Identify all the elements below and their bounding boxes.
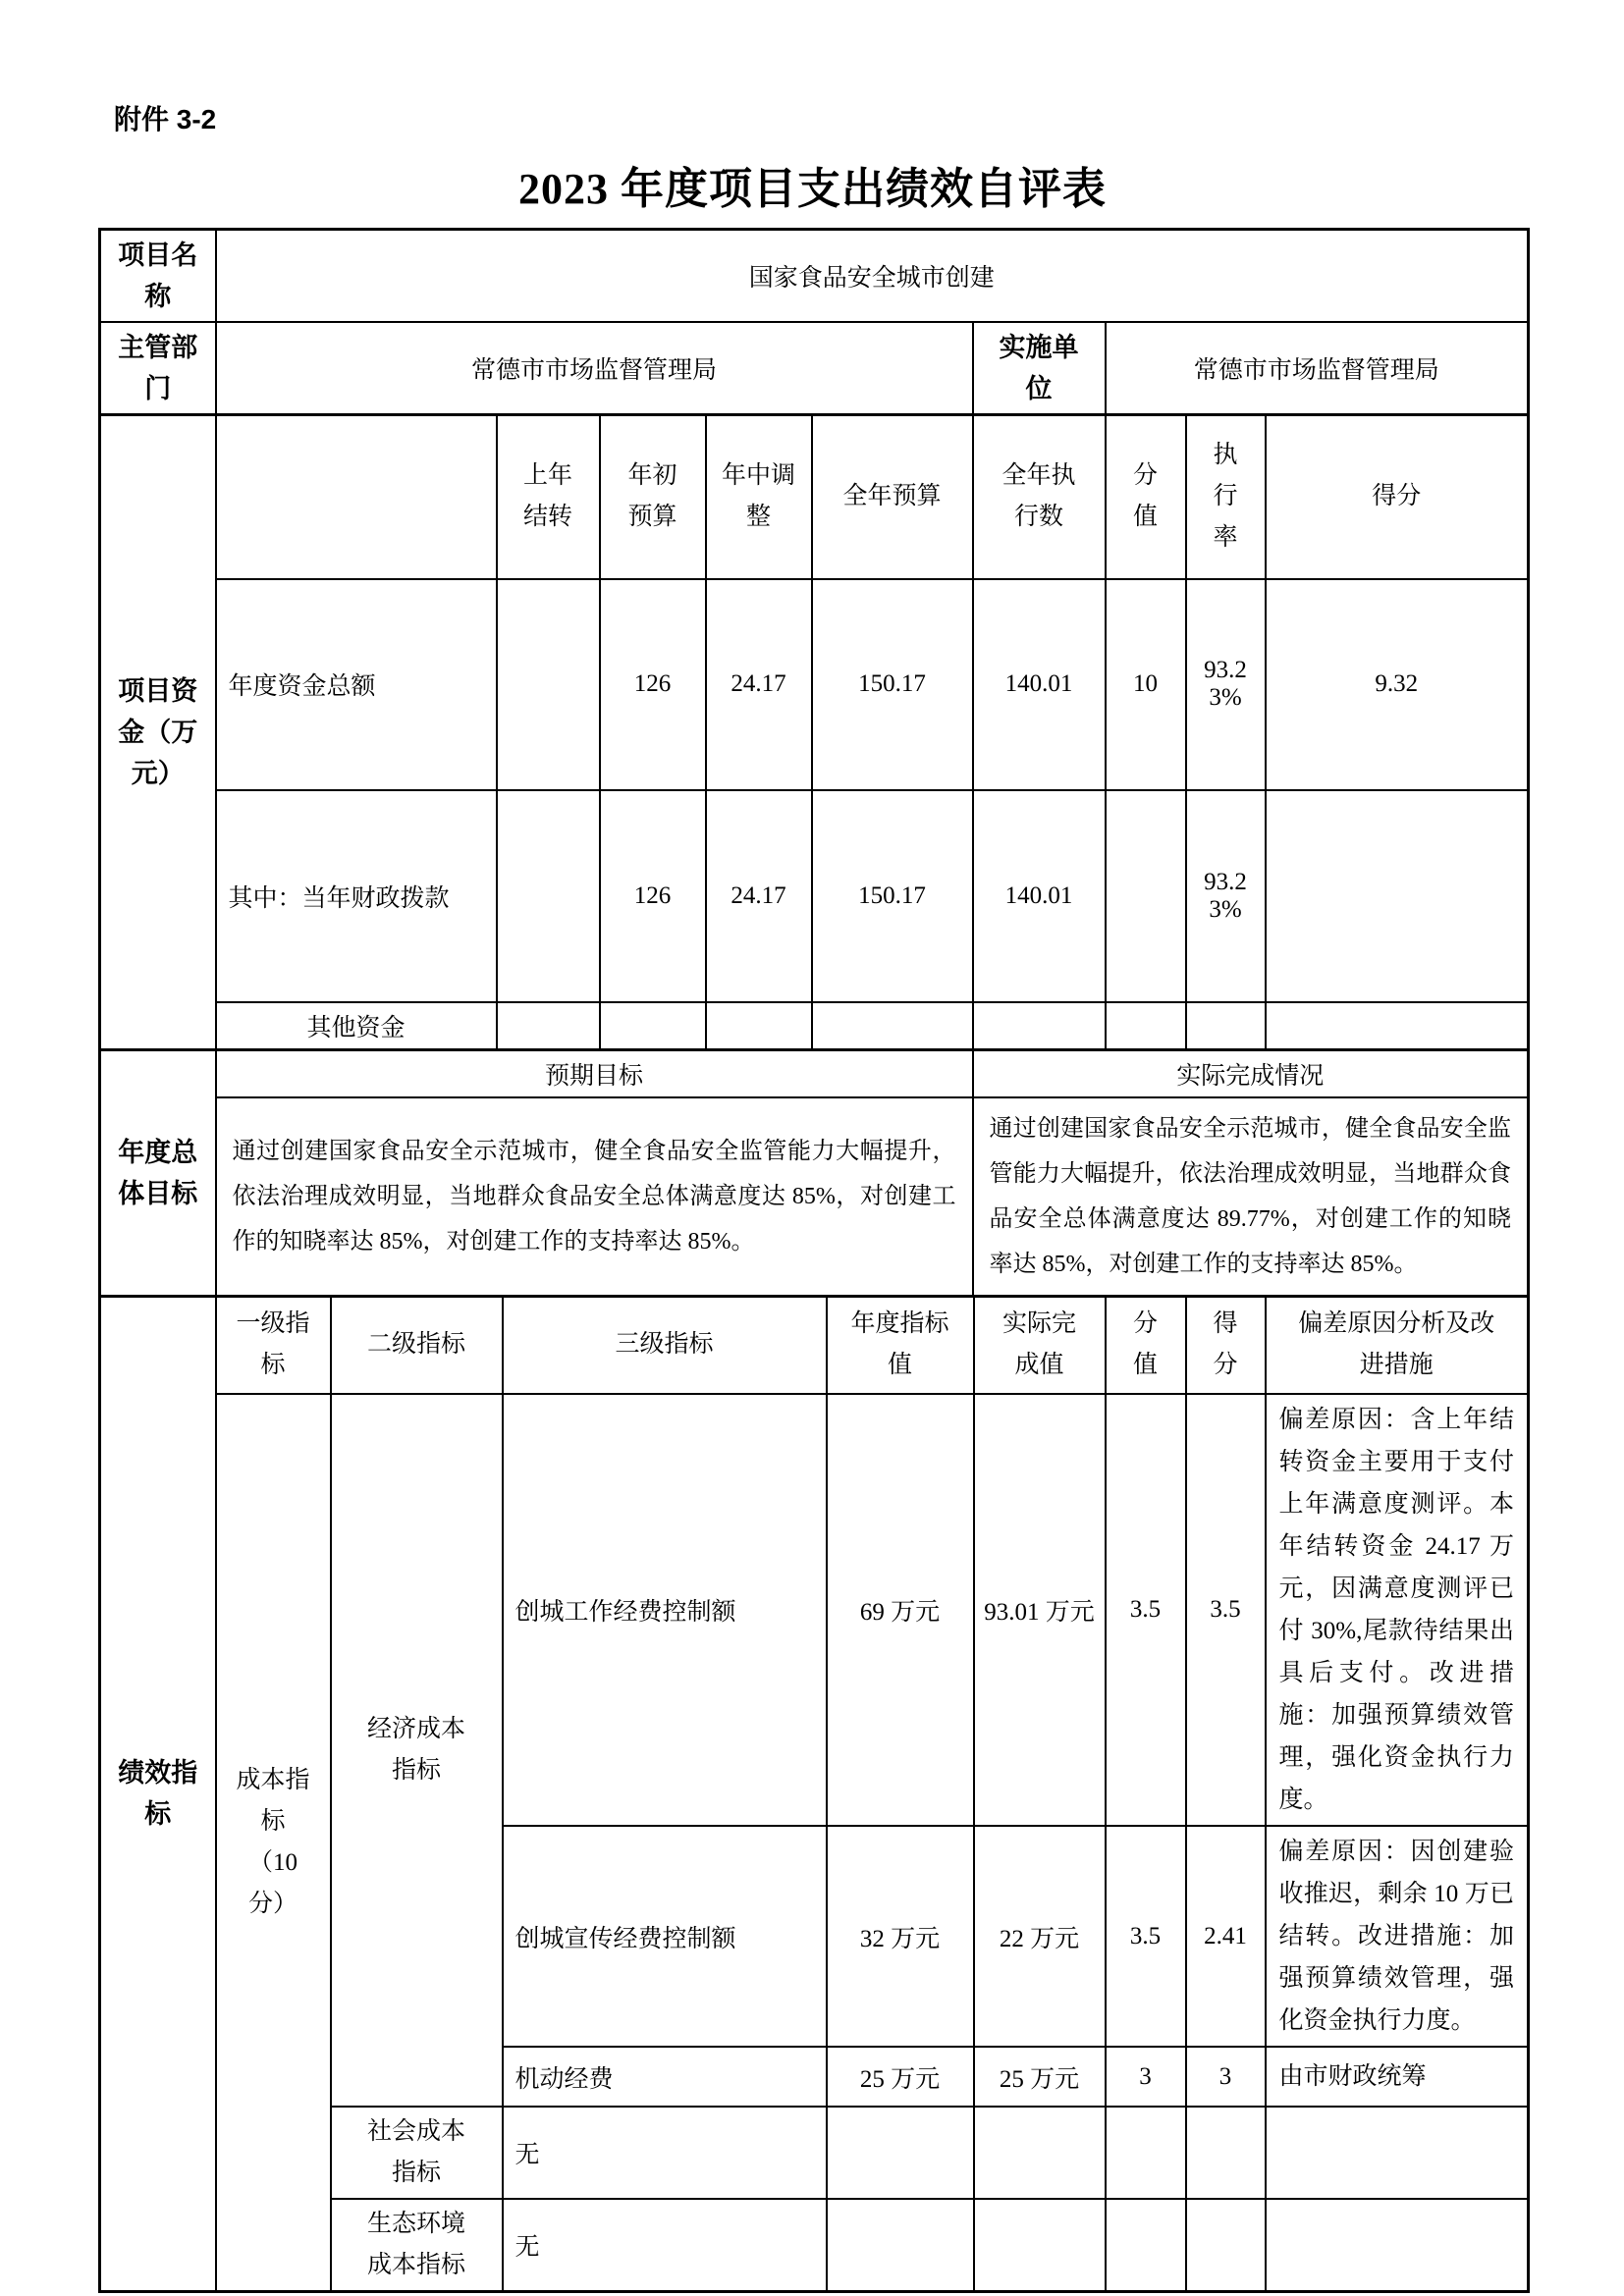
actual-value (974, 2107, 1106, 2199)
self-evaluation-table: 项目名 称 国家食品安全城市创建 主管部 门 常德市市场监督管理局 实施单 位 … (98, 228, 1530, 2293)
actual-value: 93.01 万元 (974, 1394, 1106, 1826)
level3-header: 三级指标 (503, 1296, 827, 1394)
fund-budget (812, 1002, 973, 1050)
actual-value: 22 万元 (974, 1826, 1106, 2047)
fund-mid (706, 1002, 812, 1050)
score-value: 3.5 (1186, 1394, 1266, 1826)
level2-header: 二级指标 (331, 1296, 503, 1394)
fund-mid: 24.17 (706, 579, 812, 790)
implementing-unit-label: 实施单 位 (973, 322, 1106, 415)
target-value: 69 万元 (827, 1394, 974, 1826)
fund-executed: 140.01 (973, 790, 1106, 1002)
points-header: 分 值 (1106, 1296, 1186, 1394)
points-value: 3.5 (1106, 1394, 1186, 1826)
deviation-analysis: 由市财政统筹 (1266, 2047, 1529, 2107)
fund-budget: 150.17 (812, 579, 973, 790)
score-header: 得 分 (1186, 1296, 1266, 1394)
fund-mid: 24.17 (706, 790, 812, 1002)
actual-completion-header: 实际完成情况 (973, 1050, 1529, 1097)
attachment-label: 附件 3-2 (114, 98, 216, 137)
annual-goals-label: 年度总 体目标 (100, 1050, 216, 1297)
mid-year-adjust-header: 年中调 整 (706, 415, 812, 579)
initial-budget-header: 年初 预算 (600, 415, 706, 579)
project-info-table: 项目名 称 国家食品安全城市创建 主管部 门 常德市市场监督管理局 实施单 位 … (98, 228, 1530, 416)
fund-points (1106, 1002, 1186, 1050)
fund-points (1106, 790, 1186, 1002)
goals-content-row: 通过创建国家食品安全示范城市，健全食品安全监管能力大幅提升，依法治理成效明显，当… (100, 1097, 1529, 1297)
points-header: 分 值 (1106, 415, 1186, 579)
fund-budget: 150.17 (812, 790, 973, 1002)
fund-score (1266, 1002, 1529, 1050)
performance-header-row: 绩效指 标 一级指 标 二级指标 三级指标 年度指标 值 实际完 成值 分 值 … (100, 1296, 1529, 1394)
level3-name: 创城宣传经费控制额 (503, 1826, 827, 2047)
implementing-unit-value: 常德市市场监督管理局 (1106, 322, 1529, 415)
fund-carryover (497, 1002, 600, 1050)
fund-executed: 140.01 (973, 579, 1106, 790)
deviation-analysis (1266, 2199, 1529, 2292)
actual-value (974, 2199, 1106, 2292)
department-row: 主管部 门 常德市市场监督管理局 实施单 位 常德市市场监督管理局 (100, 322, 1529, 415)
level1-cost-indicator: 成本指 标 （10 分） (216, 1394, 331, 2292)
project-name-label: 项目名 称 (100, 230, 216, 323)
fund-initial: 126 (600, 790, 706, 1002)
funds-header-row: 项目资 金（万 元） 上年 结转 年初 预算 年中调 整 全年预算 全年执 行数… (100, 415, 1529, 579)
fund-rate (1186, 1002, 1266, 1050)
fund-initial: 126 (600, 579, 706, 790)
fund-row-name: 年度资金总额 (216, 579, 497, 790)
score-header: 得分 (1266, 415, 1529, 579)
level3-name: 无 (503, 2107, 827, 2199)
full-year-budget-header: 全年预算 (812, 415, 973, 579)
funds-name-header-empty (216, 415, 497, 579)
fund-executed (973, 1002, 1106, 1050)
goals-header-row: 年度总 体目标 预期目标 实际完成情况 (100, 1050, 1529, 1097)
target-value (827, 2199, 974, 2292)
fund-score (1266, 790, 1529, 1002)
actual-completion-text: 通过创建国家食品安全示范城市，健全食品安全监管能力大幅提升，依法治理成效明显，当… (973, 1097, 1529, 1297)
fund-score: 9.32 (1266, 579, 1529, 790)
fund-carryover (497, 579, 600, 790)
expected-goals-text: 通过创建国家食品安全示范城市，健全食品安全监管能力大幅提升，依法治理成效明显，当… (216, 1097, 973, 1297)
indicator-row-city-work-funds: 成本指 标 （10 分） 经济成本 指标 创城工作经费控制额 69 万元 93.… (100, 1394, 1529, 1826)
actual-value-header: 实际完 成值 (974, 1296, 1106, 1394)
fund-carryover (497, 790, 600, 1002)
deviation-analysis: 偏差原因：因创建验收推迟，剩余 10 万已结转。改进措施：加强预算绩效管理，强化… (1266, 1826, 1529, 2047)
level3-name: 机动经费 (503, 2047, 827, 2107)
fund-rate: 93.23% (1186, 790, 1266, 1002)
target-value-header: 年度指标 值 (827, 1296, 974, 1394)
fund-initial (600, 1002, 706, 1050)
points-value (1106, 2199, 1186, 2292)
score-value: 2.41 (1186, 1826, 1266, 2047)
performance-section-label: 绩效指 标 (100, 1296, 216, 2292)
executed-header: 全年执 行数 (973, 415, 1106, 579)
level2-social-cost: 社会成本 指标 (331, 2107, 503, 2199)
score-value: 3 (1186, 2047, 1266, 2107)
fund-rate: 93.23% (1186, 579, 1266, 790)
supervising-dept-value: 常德市市场监督管理局 (216, 322, 973, 415)
score-value (1186, 2199, 1266, 2292)
annual-goals-table: 年度总 体目标 预期目标 实际完成情况 通过创建国家食品安全示范城市，健全食品安… (98, 1048, 1530, 1298)
project-name-row: 项目名 称 国家食品安全城市创建 (100, 230, 1529, 323)
execution-rate-header: 执 行 率 (1186, 415, 1266, 579)
deviation-analysis: 偏差原因：含上年结转资金主要用于支付上年满意度测评。本年结转资金 24.17 万… (1266, 1394, 1529, 1826)
points-value (1106, 2107, 1186, 2199)
score-value (1186, 2107, 1266, 2199)
document-page: 附件 3-2 2023 年度项目支出绩效自评表 项目名 称 国家食品安全城市创建… (0, 0, 1624, 2296)
performance-indicators-table: 绩效指 标 一级指 标 二级指标 三级指标 年度指标 值 实际完 成值 分 值 … (98, 1295, 1530, 2294)
points-value: 3.5 (1106, 1826, 1186, 2047)
level1-header: 一级指 标 (216, 1296, 331, 1394)
points-value: 3 (1106, 2047, 1186, 2107)
fund-row-name: 其他资金 (216, 1002, 497, 1050)
other-funds-row: 其他资金 (100, 1002, 1529, 1050)
fund-points: 10 (1106, 579, 1186, 790)
page-title: 2023 年度项目支出绩效自评表 (98, 153, 1527, 216)
expected-goals-header: 预期目标 (216, 1050, 973, 1097)
level3-name: 创城工作经费控制额 (503, 1394, 827, 1826)
project-funds-table: 项目资 金（万 元） 上年 结转 年初 预算 年中调 整 全年预算 全年执 行数… (98, 413, 1530, 1051)
fiscal-allocation-row: 其中：当年财政拨款 126 24.17 150.17 140.01 93.23% (100, 790, 1529, 1002)
supervising-dept-label: 主管部 门 (100, 322, 216, 415)
funds-section-label: 项目资 金（万 元） (100, 415, 216, 1050)
target-value: 32 万元 (827, 1826, 974, 2047)
annual-total-funds-row: 年度资金总额 126 24.17 150.17 140.01 10 93.23%… (100, 579, 1529, 790)
target-value (827, 2107, 974, 2199)
level3-name: 无 (503, 2199, 827, 2292)
fund-row-name: 其中：当年财政拨款 (216, 790, 497, 1002)
project-name-value: 国家食品安全城市创建 (216, 230, 1529, 323)
deviation-analysis (1266, 2107, 1529, 2199)
level2-economic-cost: 经济成本 指标 (331, 1394, 503, 2107)
actual-value: 25 万元 (974, 2047, 1106, 2107)
deviation-header: 偏差原因分析及改 进措施 (1266, 1296, 1529, 1394)
carryover-header: 上年 结转 (497, 415, 600, 579)
level2-eco-cost: 生态环境 成本指标 (331, 2199, 503, 2292)
target-value: 25 万元 (827, 2047, 974, 2107)
